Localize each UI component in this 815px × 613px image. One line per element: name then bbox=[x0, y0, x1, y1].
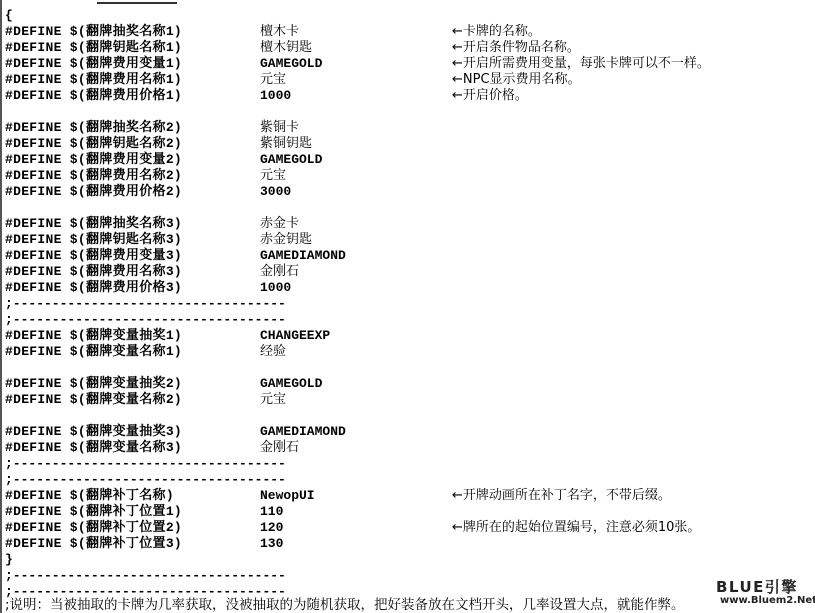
define-value: 元宝 bbox=[260, 168, 286, 184]
define-value: 130 bbox=[260, 536, 283, 552]
define-comment: ←卡牌的名称。 bbox=[452, 24, 541, 40]
define-key: #DEFINE $(翻牌变量名称3) bbox=[5, 440, 182, 456]
explanation-note: ;说明：当被抽取的卡牌为几率获取，没被抽取的为随机获取，把好装备放在文档开头，几… bbox=[5, 597, 685, 613]
define-value: 3000 bbox=[260, 184, 291, 200]
define-value: 1000 bbox=[260, 88, 291, 104]
separator-line: ;----------------------------------- bbox=[5, 456, 286, 472]
define-key: #DEFINE $(翻牌补丁名称) bbox=[5, 488, 174, 504]
define-key: #DEFINE $(翻牌费用价格1) bbox=[5, 88, 182, 104]
separator-line: ;----------------------------------- bbox=[5, 296, 286, 312]
define-key: #DEFINE $(翻牌钥匙名称1) bbox=[5, 40, 182, 56]
define-value: 元宝 bbox=[260, 72, 286, 88]
define-value: 金刚石 bbox=[260, 264, 299, 280]
separator-line: ;----------------------------------- bbox=[5, 568, 286, 584]
define-comment: ←NPC显示费用名称。 bbox=[452, 72, 581, 88]
define-key: #DEFINE $(翻牌补丁位置2) bbox=[5, 520, 182, 536]
define-value: 赤金钥匙 bbox=[260, 232, 312, 248]
define-value: GAMEGOLD bbox=[260, 152, 322, 168]
define-value: 檀木卡 bbox=[260, 24, 299, 40]
define-key: #DEFINE $(翻牌变量名称2) bbox=[5, 392, 182, 408]
separator-line: ;----------------------------------- bbox=[5, 312, 286, 328]
watermark: BLUE引擎 www.Bluem2.Net bbox=[714, 576, 815, 613]
document-page: { #DEFINE $(翻牌抽奖名称1)檀木卡←卡牌的名称。#DEFINE $(… bbox=[0, 0, 815, 613]
define-comment: ←开启价格。 bbox=[452, 88, 528, 104]
define-value: 110 bbox=[260, 504, 283, 520]
define-value: 紫铜卡 bbox=[260, 120, 299, 136]
define-key: #DEFINE $(翻牌费用变量1) bbox=[5, 56, 182, 72]
define-value: 赤金卡 bbox=[260, 216, 299, 232]
define-value: 经验 bbox=[260, 344, 286, 360]
define-value: 紫铜钥匙 bbox=[260, 136, 312, 152]
define-key: #DEFINE $(翻牌费用价格2) bbox=[5, 184, 182, 200]
define-key: #DEFINE $(翻牌变量抽奖1) bbox=[5, 328, 182, 344]
watermark-brand: BLUE引擎 bbox=[716, 576, 798, 597]
define-key: #DEFINE $(翻牌费用名称2) bbox=[5, 168, 182, 184]
define-comment: ←牌所在的起始位置编号，注意必须10张。 bbox=[452, 520, 700, 536]
define-value: GAMEDIAMOND bbox=[260, 248, 346, 264]
separator-line: ;----------------------------------- bbox=[5, 472, 286, 488]
define-key: #DEFINE $(翻牌费用价格3) bbox=[5, 280, 182, 296]
define-key: #DEFINE $(翻牌费用名称1) bbox=[5, 72, 182, 88]
define-key: #DEFINE $(翻牌钥匙名称3) bbox=[5, 232, 182, 248]
define-value: CHANGEEXP bbox=[260, 328, 330, 344]
define-value: NewopUI bbox=[260, 488, 315, 504]
define-value: 元宝 bbox=[260, 392, 286, 408]
define-value: 檀木钥匙 bbox=[260, 40, 312, 56]
define-value: 金刚石 bbox=[260, 440, 299, 456]
define-key: #DEFINE $(翻牌费用名称3) bbox=[5, 264, 182, 280]
close-brace: } bbox=[5, 552, 13, 568]
define-value: 120 bbox=[260, 520, 283, 536]
open-brace: { bbox=[5, 8, 13, 24]
watermark-url: www.Bluem2.Net bbox=[720, 595, 815, 606]
define-comment: ←开牌动画所在补丁名字，不带后缀。 bbox=[452, 488, 671, 504]
define-value: GAMEDIAMOND bbox=[260, 424, 346, 440]
define-value: 1000 bbox=[260, 280, 291, 296]
cut-off-top-line bbox=[97, 0, 177, 4]
define-key: #DEFINE $(翻牌变量抽奖3) bbox=[5, 424, 182, 440]
define-key: #DEFINE $(翻牌抽奖名称2) bbox=[5, 120, 182, 136]
define-key: #DEFINE $(翻牌费用变量3) bbox=[5, 248, 182, 264]
define-key: #DEFINE $(翻牌抽奖名称3) bbox=[5, 216, 182, 232]
define-comment: ←开启条件物品名称。 bbox=[452, 40, 580, 56]
define-key: #DEFINE $(翻牌补丁位置3) bbox=[5, 536, 182, 552]
define-value: GAMEGOLD bbox=[260, 56, 322, 72]
define-key: #DEFINE $(翻牌变量抽奖2) bbox=[5, 376, 182, 392]
define-key: #DEFINE $(翻牌变量名称1) bbox=[5, 344, 182, 360]
define-comment: ←开启所需费用变量，每张卡牌可以不一样。 bbox=[452, 56, 710, 72]
define-key: #DEFINE $(翻牌钥匙名称2) bbox=[5, 136, 182, 152]
define-value: GAMEGOLD bbox=[260, 376, 322, 392]
define-key: #DEFINE $(翻牌费用变量2) bbox=[5, 152, 182, 168]
define-key: #DEFINE $(翻牌抽奖名称1) bbox=[5, 24, 182, 40]
define-key: #DEFINE $(翻牌补丁位置1) bbox=[5, 504, 182, 520]
